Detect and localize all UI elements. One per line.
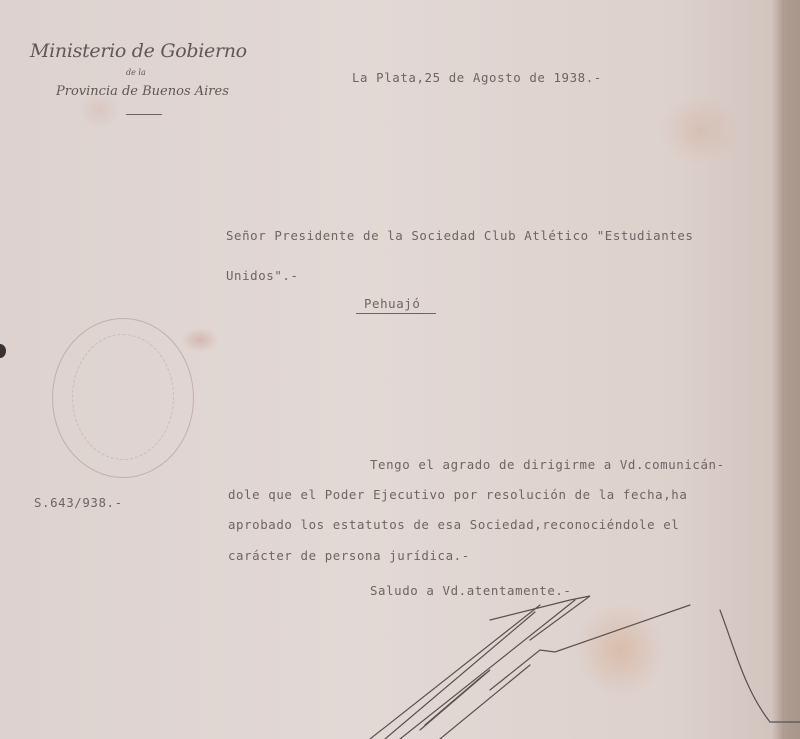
body-line-3: aprobado los estatutos de esa Sociedad,r…: [228, 519, 679, 531]
body-line-1: Tengo el agrado de dirigirme a Vd.comuni…: [370, 459, 725, 471]
letterhead-rule: [126, 114, 162, 115]
letterhead-title: Ministerio de Gobierno: [30, 40, 247, 62]
reference-number: S.643/938.-: [34, 497, 123, 509]
letterhead-subtitle-connector: de la: [126, 68, 146, 77]
recipient-line-2: Unidos".-: [226, 270, 299, 282]
closing-line: Saludo a Vd.atentamente.-: [370, 585, 572, 597]
recipient-line-1: Señor Presidente de la Sociedad Club Atl…: [226, 230, 693, 242]
date-line: La Plata,25 de Agosto de 1938.-: [352, 72, 602, 84]
body-line-2: dole que el Poder Ejecutivo por resoluci…: [228, 489, 687, 501]
letterhead-subtitle: Provincia de Buenos Aires: [56, 84, 229, 99]
recipient-city: Pehuajó: [356, 298, 436, 314]
body-line-4: carácter de persona jurídica.-: [228, 550, 470, 562]
seal-stamp-inner: [72, 334, 174, 460]
page-edge-shadow: [772, 0, 800, 739]
